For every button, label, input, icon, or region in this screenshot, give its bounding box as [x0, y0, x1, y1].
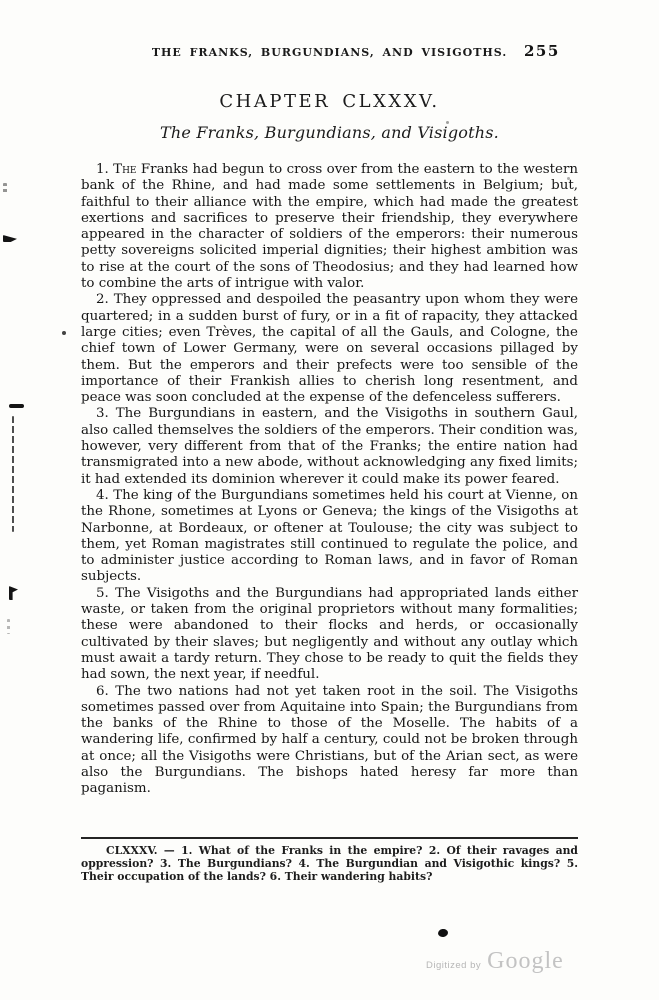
paragraph-text: The Burgundians in eastern, and the Visi…: [81, 406, 578, 486]
footnote-rule: [81, 837, 578, 839]
scan-artifact: [3, 183, 7, 195]
chapter-subtitle: The Franks, Burgundians, and Visigoths.: [81, 123, 578, 142]
page-number: 255: [524, 42, 560, 60]
digitized-watermark: Digitized by Google: [426, 948, 564, 975]
paragraph-number: 5.: [96, 586, 109, 601]
scan-artifact: [12, 416, 14, 532]
section-end-dot: [437, 928, 448, 937]
scan-artifact: [7, 619, 10, 634]
scan-artifact: [567, 177, 570, 180]
paragraph-text: The king of the Burgundians sometimes he…: [81, 488, 578, 584]
paragraph-text: The Visigoths and the Burgundians had ap…: [81, 586, 578, 682]
paragraph-number: 4.: [96, 488, 109, 503]
paragraph-text: Franks had begun to cross over from the …: [81, 162, 578, 291]
scan-artifact: [9, 586, 18, 600]
running-title: THE FRANKS, BURGUNDIANS, AND VISIGOTHS.: [81, 46, 578, 59]
body-text: 1. The Franks had begun to cross over fr…: [81, 162, 578, 798]
paragraph-5: 5. The Visigoths and the Burgundians had…: [81, 586, 578, 684]
paragraph-2: 2. They oppressed and despoiled the peas…: [81, 292, 578, 406]
paragraph-4: 4. The king of the Burgundians sometimes…: [81, 488, 578, 586]
paragraph-number: 1. The: [96, 162, 137, 177]
scan-artifact: [62, 331, 66, 335]
scan-artifact: [446, 121, 449, 124]
paragraph-6: 6. The two nations had not yet taken roo…: [81, 684, 578, 798]
paragraph-text: They oppressed and despoiled the peasant…: [81, 292, 578, 405]
scan-artifact: [3, 235, 17, 242]
paragraph-number: 2.: [96, 292, 109, 307]
paragraph-number: 6.: [96, 684, 109, 699]
footnote-questions: CLXXXV. — 1. What of the Franks in the e…: [81, 844, 578, 884]
book-page: THE FRANKS, BURGUNDIANS, AND VISIGOTHS. …: [0, 0, 659, 1000]
paragraph-number: 3.: [96, 406, 109, 421]
scan-artifact: [9, 404, 24, 408]
chapter-heading: CHAPTER CLXXXV.: [81, 91, 578, 112]
paragraph-3: 3. The Burgundians in eastern, and the V…: [81, 406, 578, 487]
google-logo: Google: [487, 948, 564, 975]
paragraph-1: 1. The Franks had begun to cross over fr…: [81, 162, 578, 292]
watermark-prefix: Digitized by: [426, 960, 481, 971]
paragraph-text: The two nations had not yet taken root i…: [81, 684, 578, 797]
